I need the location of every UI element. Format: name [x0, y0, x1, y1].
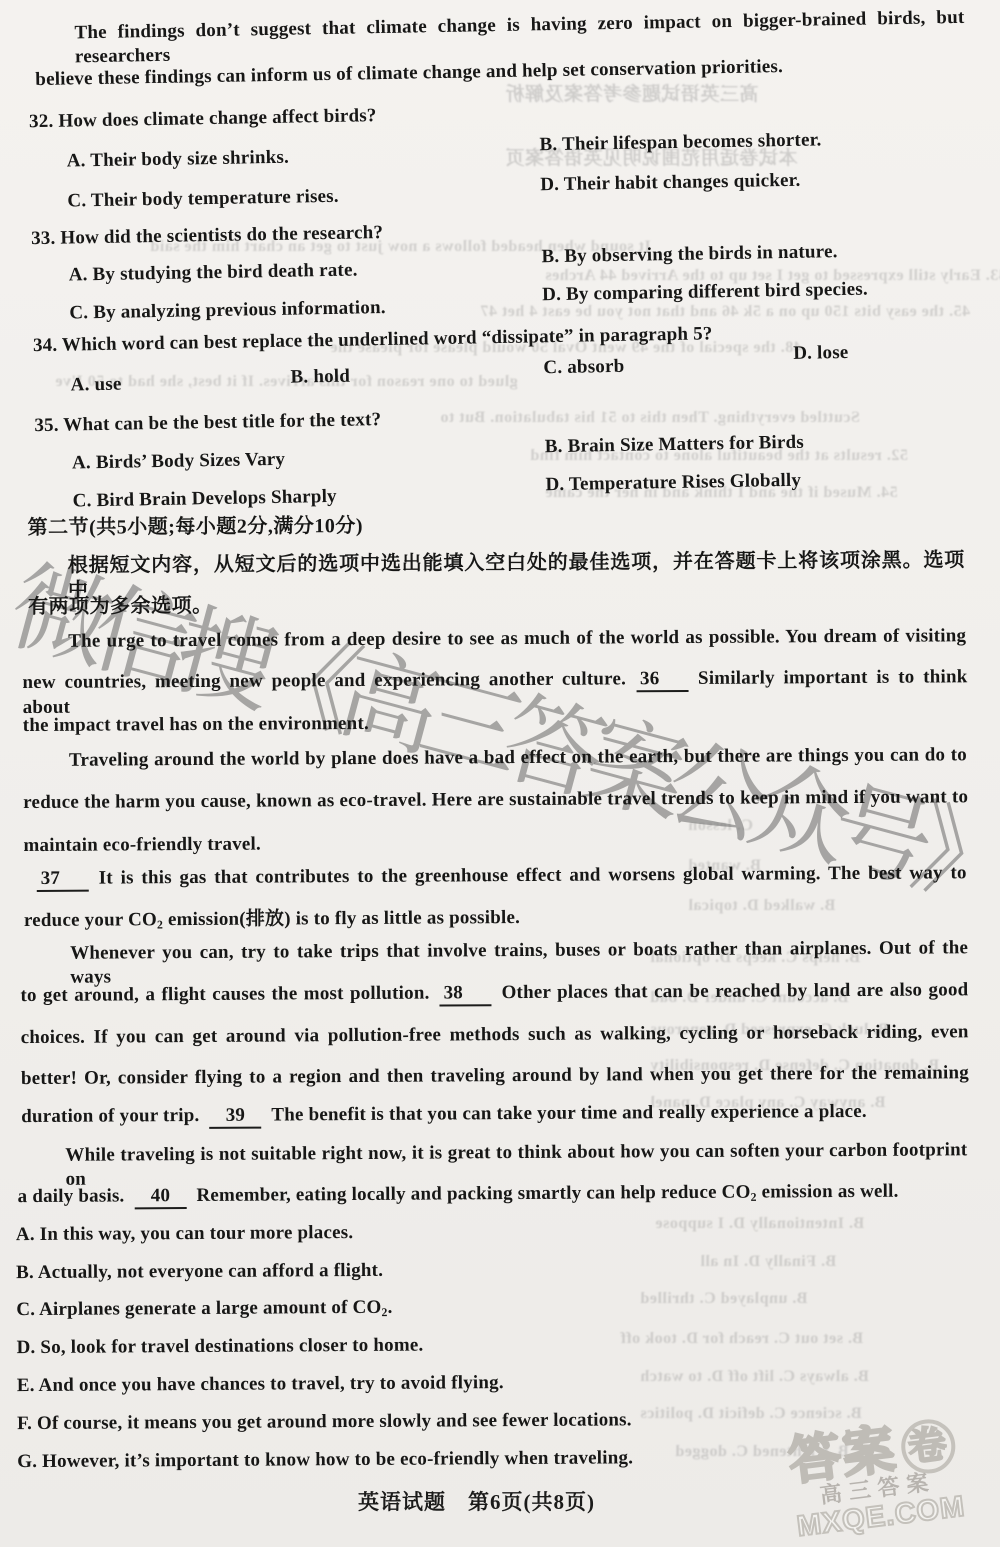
passage-line: reduce your CO2 emission(排放) is to fly a…: [24, 906, 520, 934]
passage-text: duration of your trip.: [21, 1105, 199, 1127]
choice-f: F. Of course, it means you get around mo…: [17, 1408, 632, 1436]
blank-39: 39: [209, 1106, 261, 1129]
passage-text: new countries, meeting new people and ex…: [22, 668, 626, 693]
blank-38: 38: [439, 983, 491, 1006]
blank-40: 40: [134, 1186, 186, 1209]
passage-text: to get around, a flight causes the most …: [20, 983, 429, 1006]
choice-d: D. So, look for travel destinations clos…: [16, 1334, 423, 1360]
choice-g: G. However, it’s important to know how t…: [17, 1446, 633, 1474]
choice-a: A. In this way, you can tour more places…: [16, 1221, 354, 1247]
passage-line: the impact travel has on the environment…: [23, 712, 369, 738]
section-2-header: 第二节(共5小题;每小题2分,满分10分): [27, 514, 363, 541]
blank-37: 37: [37, 869, 89, 892]
passage-line: a daily basis.40Remember, eating locally…: [18, 1180, 899, 1210]
passage-line: choices. If you can get around via pollu…: [21, 1020, 969, 1050]
choice-text: C. Airplanes generate a large amount of …: [16, 1297, 381, 1320]
passage-text: Other places that can be reached by land…: [501, 979, 968, 1003]
scanned-exam-page: { "page": { "footer": "英语试题 第6页(共8页)", "…: [0, 0, 1000, 1547]
gap-fill-section: 第二节(共5小题;每小题2分,满分10分) 根据短文内容，从短文后的选项中选出能…: [0, 0, 1000, 1547]
choice-text: .: [387, 1297, 392, 1318]
passage-line: Traveling around the world by plane does…: [69, 743, 967, 772]
passage-text: emission(排放) is to fly as little as poss…: [163, 907, 520, 930]
passage-text: a daily basis.: [18, 1185, 125, 1207]
section-2-instruction: 有两项为多余选项。: [28, 594, 213, 620]
passage-line: to get around, a flight causes the most …: [20, 978, 968, 1009]
choice-c: C. Airplanes generate a large amount of …: [16, 1296, 392, 1323]
passage-line: maintain eco-friendly travel.: [23, 833, 261, 858]
page-footer: 英语试题 第6页(共8页): [358, 1490, 595, 1515]
passage-line: reduce the harm you cause, known as eco-…: [23, 785, 968, 815]
passage-line: The urge to travel comes from a deep des…: [68, 624, 966, 653]
passage-text: reduce your CO: [24, 909, 157, 931]
choice-e: E. And once you have chances to travel, …: [17, 1371, 504, 1398]
passage-text: emission as well.: [757, 1181, 899, 1203]
passage-line: new countries, meeting new people and ex…: [22, 665, 967, 719]
passage-line: better! Or, consider flying to a region …: [21, 1061, 969, 1091]
passage-text: Remember, eating locally and packing sma…: [196, 1182, 750, 1206]
passage-text: The benefit is that you can take your ti…: [271, 1101, 867, 1126]
blank-36: 36: [636, 669, 688, 692]
passage-line: duration of your trip.39The benefit is t…: [21, 1100, 867, 1130]
passage-text: It is this gas that contributes to the g…: [99, 862, 967, 888]
passage-line: 37It is this gas that contributes to the…: [37, 861, 967, 892]
choice-b: B. Actually, not everyone can afford a f…: [16, 1259, 383, 1285]
answer-site-logo: 答案 卷 高三答案 MXQE.COM: [786, 1416, 967, 1544]
